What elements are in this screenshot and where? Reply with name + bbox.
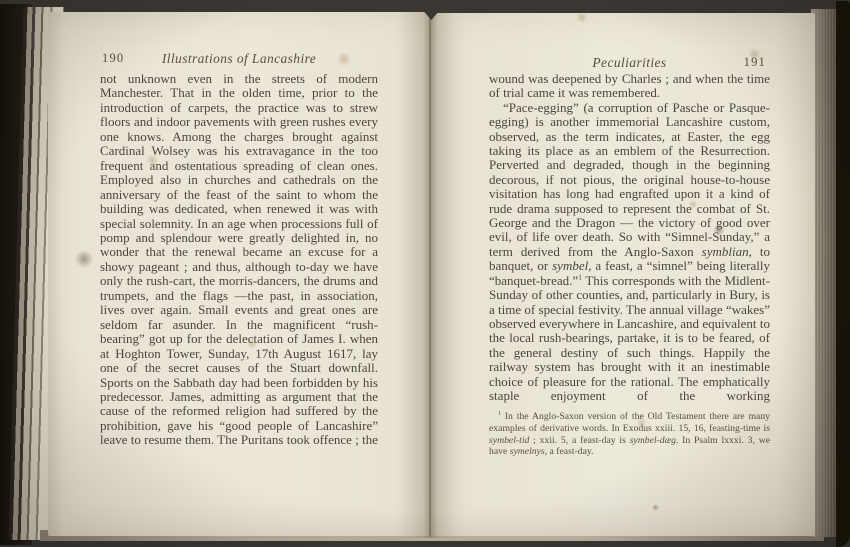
right-page-number: 191 <box>744 55 766 70</box>
right-paragraph-1: wound was deepened by Charles ; and when… <box>489 72 770 101</box>
left-page-number: 190 <box>102 51 124 66</box>
left-header-title: Illustrations of Lancashire <box>162 51 316 66</box>
right-page-body: wound was deepened by Charles ; and when… <box>489 72 770 458</box>
book-cover-right <box>836 1 850 547</box>
left-page-body: not unknown even in the streets of moder… <box>100 72 378 448</box>
left-running-header: 190 Illustrations of Lancashire <box>100 50 378 68</box>
right-header-title: Peculiarities <box>592 55 666 70</box>
right-paragraph-2: “Pace-egging” (a corruption of Pasche or… <box>489 101 770 404</box>
page-edges-right <box>811 9 839 537</box>
open-book-photo: 190 Illustrations of Lancashire not unkn… <box>0 0 850 547</box>
footnote: 1 In the Anglo-Saxon version of the Old … <box>489 411 770 457</box>
right-page: Peculiarities 191 wound was deepened by … <box>431 13 815 536</box>
right-running-header: Peculiarities 191 <box>489 54 770 72</box>
left-page: 190 Illustrations of Lancashire not unkn… <box>48 12 431 536</box>
